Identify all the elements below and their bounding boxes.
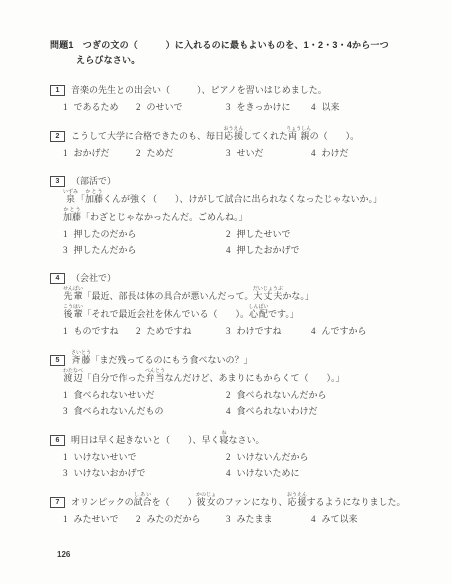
option-item: 2いけないんだから <box>226 449 426 465</box>
option-text: 押したのだから <box>74 229 137 239</box>
question-number-box: 2 <box>50 131 65 142</box>
options-list: 1いけないせいで2いけないんだから3いけないおかげで4いけないために <box>50 449 426 481</box>
question-number-box: 5 <box>50 355 65 366</box>
option-text: 食べられないんだから <box>237 390 327 400</box>
option-number: 1 <box>63 452 68 462</box>
option-number: 4 <box>226 468 231 478</box>
question-text: （部活で） <box>71 176 116 186</box>
option-text: 食べられないせいだ <box>74 390 155 400</box>
options-list: 1ものですね2ためですね3わけですね4んですから <box>50 323 426 339</box>
option-item: 3みたまま <box>226 511 311 527</box>
option-item: 2ためですね <box>136 323 226 339</box>
option-number: 4 <box>226 245 231 255</box>
option-text: みたせいで <box>74 514 119 524</box>
option-item: 4んですから <box>311 323 426 339</box>
option-text: わけですね <box>237 326 282 336</box>
question-text: （会社で） <box>71 273 116 283</box>
option-text: いけないせいで <box>74 452 137 462</box>
option-text: 押したせいで <box>237 229 291 239</box>
questions-list: 1音楽の先生との出会い（ ）、ピアノを習いはじめました。1であるため2のせいで3… <box>50 82 426 527</box>
option-item: 3食べられないんだもの <box>63 403 226 419</box>
option-number: 1 <box>63 390 68 400</box>
question-number-box: 1 <box>50 85 65 96</box>
option-number: 3 <box>63 468 68 478</box>
question-line: 後輩こうはい「それで最近会社を休んでいる（ ）。心配しんぱいです。」 <box>50 305 426 323</box>
option-text: のせいで <box>147 102 183 112</box>
question-line: 3（部活で） <box>50 173 426 190</box>
options-list: 1おかげだ2ためだ3せいだ4わけだ <box>50 145 426 161</box>
option-number: 2 <box>136 326 141 336</box>
option-item: 3いけないおかげで <box>63 465 226 481</box>
option-item: 1ものですね <box>63 323 136 339</box>
options-list: 1であるため2のせいで3をきっかけに4以来 <box>50 99 426 115</box>
question-text: 渡辺わたなべ「自分で作った弁当べんとうなんだけど、あまりにもからくて（ ）。」 <box>63 373 345 383</box>
option-text: んですから <box>322 326 367 336</box>
question-number-box: 7 <box>50 497 65 508</box>
option-item: 4以来 <box>311 99 426 115</box>
option-text: 食べられないんだもの <box>74 406 164 416</box>
option-number: 1 <box>63 229 68 239</box>
option-text: いけないために <box>237 468 300 478</box>
question-item: 6明日は早く起きないと（ ）、早く寝ねなさい。1いけないせいで2いけないんだから… <box>50 431 426 481</box>
option-text: わけだ <box>322 148 349 158</box>
question-line: 7オリンピックの試合しあいを（ ）彼女かのじょのファンになり、応援おうえんするよ… <box>50 493 426 511</box>
question-text: 泉いずみ「加藤かとうくんが強く（ ）、けがして試合に出られなくなったじゃないか。… <box>63 194 382 204</box>
question-text: オリンピックの試合しあいを（ ）彼女かのじょのファンになり、応援おうえんするよう… <box>71 497 406 507</box>
option-item: 4押したおかげで <box>226 242 426 258</box>
option-number: 1 <box>63 148 68 158</box>
option-number: 4 <box>311 102 316 112</box>
options-list: 1押したのだから2押したせいで3押したんだから4押したおかげで <box>50 226 426 258</box>
option-number: 4 <box>311 514 316 524</box>
option-text: をきっかけに <box>237 102 291 112</box>
option-number: 2 <box>226 390 231 400</box>
question-item: 4（会社で）先輩せんぱい「最近、部長は体の具合が悪いんだって。大丈夫だいじょうぶ… <box>50 270 426 339</box>
instruction-line-1: 問題1 つぎの文の（ ）に入れるのに最もよいものを、1・2・3・4から一つ <box>50 38 426 53</box>
question-text: こうして大学に合格できたのも、毎日応援おうえんしてくれた両親りょうしんの（ ）。 <box>71 131 359 141</box>
option-item: 1おかげだ <box>63 145 136 161</box>
option-number: 1 <box>63 326 68 336</box>
option-text: ためですね <box>147 326 192 336</box>
question-number-box: 3 <box>50 176 65 187</box>
option-text: 押したんだから <box>74 245 137 255</box>
question-line: 2こうして大学に合格できたのも、毎日応援おうえんしてくれた両親りょうしんの（ ）… <box>50 127 426 145</box>
question-line: 先輩せんぱい「最近、部長は体の具合が悪いんだって。大丈夫だいじょうぶかな。」 <box>50 287 426 305</box>
option-item: 3をきっかけに <box>226 99 311 115</box>
option-number: 4 <box>311 148 316 158</box>
option-item: 2食べられないんだから <box>226 387 426 403</box>
option-text: いけないおかげで <box>74 468 146 478</box>
question-text: 先輩せんぱい「最近、部長は体の具合が悪いんだって。大丈夫だいじょうぶかな。」 <box>63 291 314 301</box>
option-item: 3せいだ <box>226 145 311 161</box>
option-text: みて以来 <box>322 514 358 524</box>
option-text: おかげだ <box>74 148 110 158</box>
option-item: 2みたのだから <box>136 511 226 527</box>
question-line: 1音楽の先生との出会い（ ）、ピアノを習いはじめました。 <box>50 82 426 99</box>
options-list: 1みたせいで2みたのだから3みたまま4みて以来 <box>50 511 426 527</box>
option-text: であるため <box>74 102 119 112</box>
question-text: 斉藤さいとう「まだ残ってるのにもう食べないの？」 <box>71 355 253 365</box>
option-number: 2 <box>226 452 231 462</box>
question-text: 加藤かとう「わざとじゃなかったんだ。ごめんね。」 <box>63 212 248 222</box>
option-text: ものですね <box>74 326 119 336</box>
options-list: 1食べられないせいだ2食べられないんだから3食べられないんだもの4食べられないわ… <box>50 387 426 419</box>
question-line: 4（会社で） <box>50 270 426 287</box>
instruction-line-2: えらびなさい。 <box>50 53 426 68</box>
question-text: 音楽の先生との出会い（ ）、ピアノを習いはじめました。 <box>71 85 327 95</box>
instruction-header: 問題1 つぎの文の（ ）に入れるのに最もよいものを、1・2・3・4から一つ えら… <box>50 38 426 68</box>
option-number: 2 <box>136 102 141 112</box>
page-content: 問題1 つぎの文の（ ）に入れるのに最もよいものを、1・2・3・4から一つ えら… <box>50 38 426 539</box>
question-text: 後輩こうはい「それで最近会社を休んでいる（ ）。心配しんぱいです。」 <box>63 309 299 319</box>
option-item: 4わけだ <box>311 145 426 161</box>
question-number-box: 6 <box>50 435 65 446</box>
option-number: 3 <box>63 406 68 416</box>
option-item: 4いけないために <box>226 465 426 481</box>
question-item: 5斉藤さいとう「まだ残ってるのにもう食べないの？」渡辺わたなべ「自分で作った弁当… <box>50 351 426 419</box>
option-text: 食べられないわけだ <box>237 406 318 416</box>
option-text: せいだ <box>237 148 264 158</box>
question-line: 6明日は早く起きないと（ ）、早く寝ねなさい。 <box>50 431 426 449</box>
option-number: 3 <box>63 245 68 255</box>
option-number: 2 <box>226 229 231 239</box>
option-item: 2押したせいで <box>226 226 426 242</box>
option-number: 3 <box>226 102 231 112</box>
option-item: 1であるため <box>63 99 136 115</box>
option-number: 4 <box>311 326 316 336</box>
question-item: 1音楽の先生との出会い（ ）、ピアノを習いはじめました。1であるため2のせいで3… <box>50 82 426 115</box>
option-text: みたのだから <box>147 514 201 524</box>
option-number: 2 <box>136 148 141 158</box>
option-number: 3 <box>226 514 231 524</box>
question-line: 5斉藤さいとう「まだ残ってるのにもう食べないの？」 <box>50 351 426 369</box>
option-number: 2 <box>136 514 141 524</box>
option-text: ためだ <box>147 148 174 158</box>
option-item: 4食べられないわけだ <box>226 403 426 419</box>
question-item: 7オリンピックの試合しあいを（ ）彼女かのじょのファンになり、応援おうえんするよ… <box>50 493 426 527</box>
option-text: 以来 <box>322 102 340 112</box>
question-item: 3（部活で）泉いずみ「加藤かとうくんが強く（ ）、けがして試合に出られなくなった… <box>50 173 426 258</box>
option-number: 3 <box>226 326 231 336</box>
option-item: 1押したのだから <box>63 226 226 242</box>
option-number: 1 <box>63 514 68 524</box>
scanned-page: 問題1 つぎの文の（ ）に入れるのに最もよいものを、1・2・3・4から一つ えら… <box>0 0 452 584</box>
option-item: 4みて以来 <box>311 511 426 527</box>
option-item: 1みたせいで <box>63 511 136 527</box>
option-item: 1いけないせいで <box>63 449 226 465</box>
question-item: 2こうして大学に合格できたのも、毎日応援おうえんしてくれた両親りょうしんの（ ）… <box>50 127 426 161</box>
option-number: 1 <box>63 102 68 112</box>
option-text: みたまま <box>237 514 273 524</box>
question-number-box: 4 <box>50 273 65 284</box>
option-item: 3わけですね <box>226 323 311 339</box>
option-text: 押したおかげで <box>237 245 300 255</box>
question-line: 加藤かとう「わざとじゃなかったんだ。ごめんね。」 <box>50 208 426 226</box>
option-item: 1食べられないせいだ <box>63 387 226 403</box>
option-number: 4 <box>226 406 231 416</box>
option-item: 3押したんだから <box>63 242 226 258</box>
question-line: 渡辺わたなべ「自分で作った弁当べんとうなんだけど、あまりにもからくて（ ）。」 <box>50 369 426 387</box>
option-text: いけないんだから <box>237 452 309 462</box>
option-number: 3 <box>226 148 231 158</box>
page-number: 126 <box>57 550 70 559</box>
question-line: 泉いずみ「加藤かとうくんが強く（ ）、けがして試合に出られなくなったじゃないか。… <box>50 190 426 208</box>
option-item: 2ためだ <box>136 145 226 161</box>
option-item: 2のせいで <box>136 99 226 115</box>
question-text: 明日は早く起きないと（ ）、早く寝ねなさい。 <box>71 435 265 445</box>
